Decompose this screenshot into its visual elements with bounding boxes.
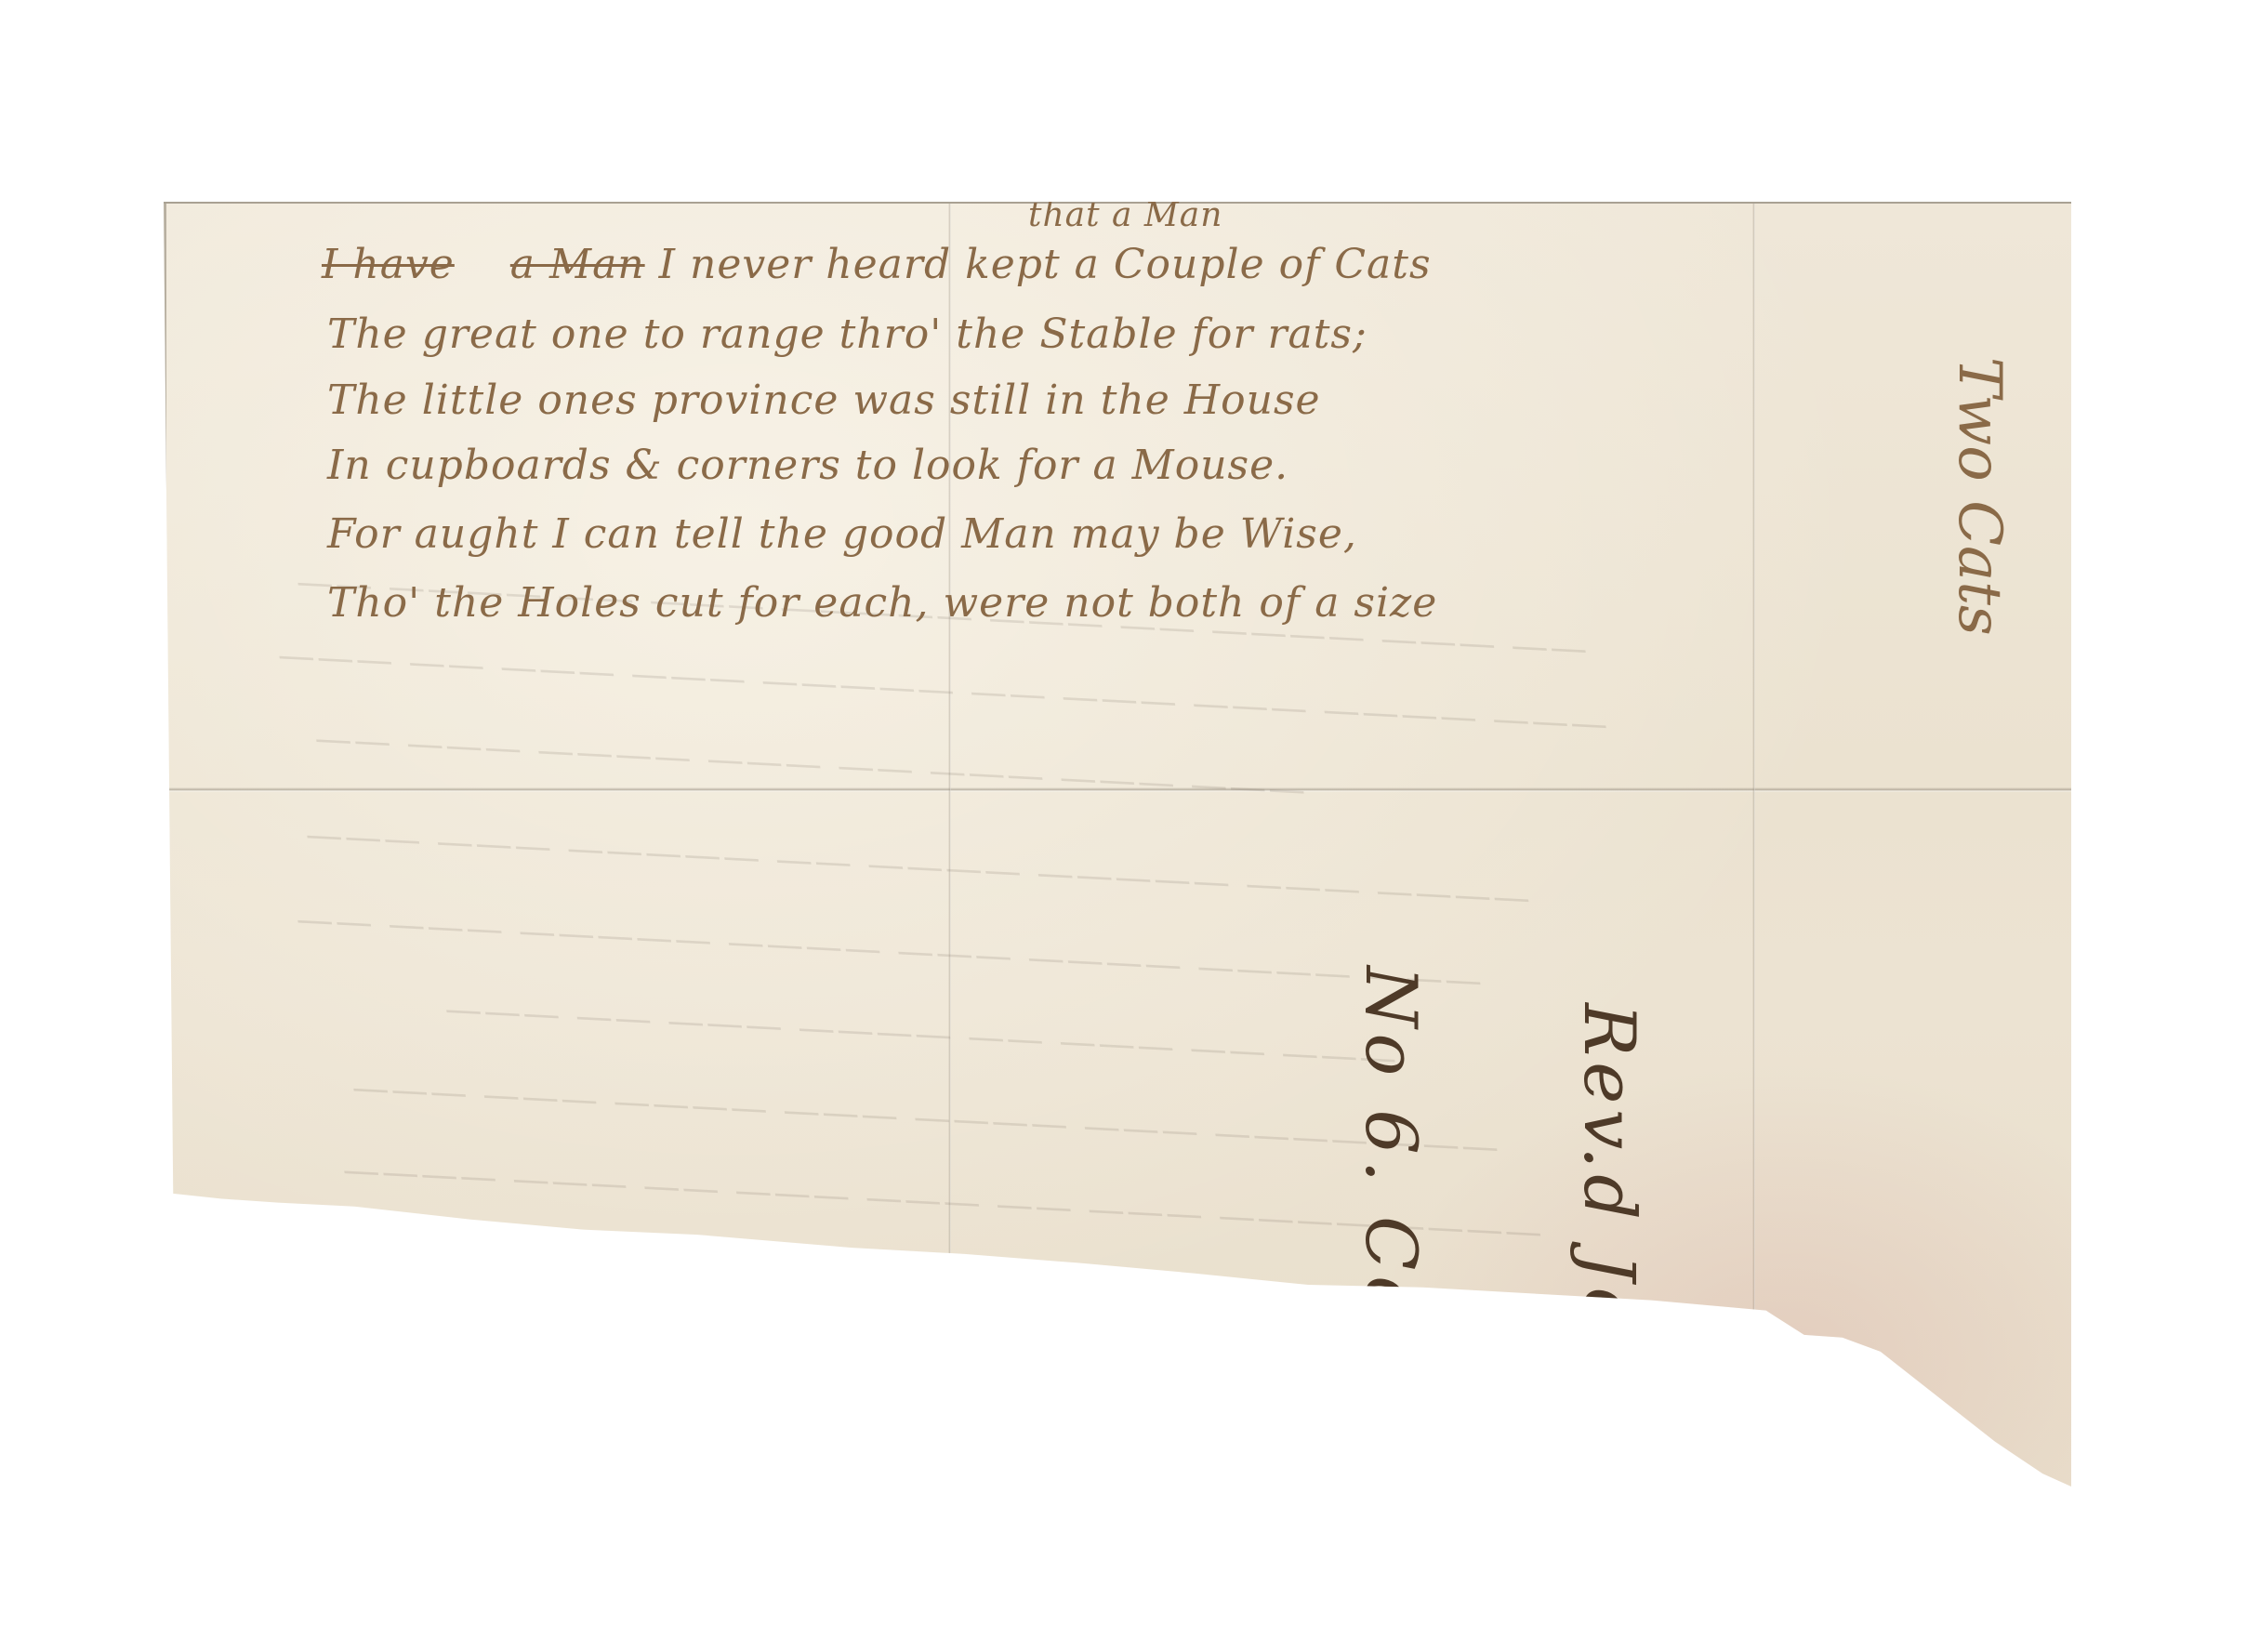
poem-line-5: For aught I can tell the good Man may be…	[327, 510, 1357, 558]
vertical-fold-crease-right	[1752, 204, 1755, 1487]
side-title: Two Cats	[1945, 357, 2014, 636]
manuscript-paper: —— ——— ———— —— ——— ————— ——— —— ———— —— …	[164, 202, 2071, 1487]
insertion-text: that a Man	[1028, 196, 1222, 234]
address-line-2: No 6. Colem	[1350, 966, 1433, 1472]
bleed-through-text: ——— —— ——— —— ———— ——— —— ———	[443, 987, 1398, 1080]
poem-line-1-text: I never heard kept a Couple of Cats	[659, 241, 1432, 288]
poem-line-2: The great one to range thro' the Stable …	[327, 311, 1367, 358]
poem-line-3: The little ones province was still in th…	[327, 377, 1321, 424]
address-line-1: Rev.d Jo	[1568, 1003, 1651, 1335]
struck-out-word: I have	[322, 241, 455, 288]
bleed-through-text: ———— ——— ————— ———— —— ————— ——— ———	[303, 813, 1532, 919]
bleed-through-text: ——— ———— ———— ——— ———— ————— ——— ——	[294, 898, 1484, 1003]
struck-out-word: a Man	[510, 241, 645, 288]
poem-line-1: I have a Man I never heard kept a Couple…	[322, 241, 1432, 288]
bleed-through-text: ——— ———— ——— ———— ——— ———— ——— ———	[350, 1066, 1500, 1170]
poem-line-6: Tho' the Holes cut for each, were not bo…	[327, 579, 1437, 627]
poem-line-4: In cupboards & corners to look for a Mou…	[327, 442, 1288, 489]
bleed-through-text: ——— ——— ——— —— ——— ———— ——— ——	[312, 717, 1307, 812]
